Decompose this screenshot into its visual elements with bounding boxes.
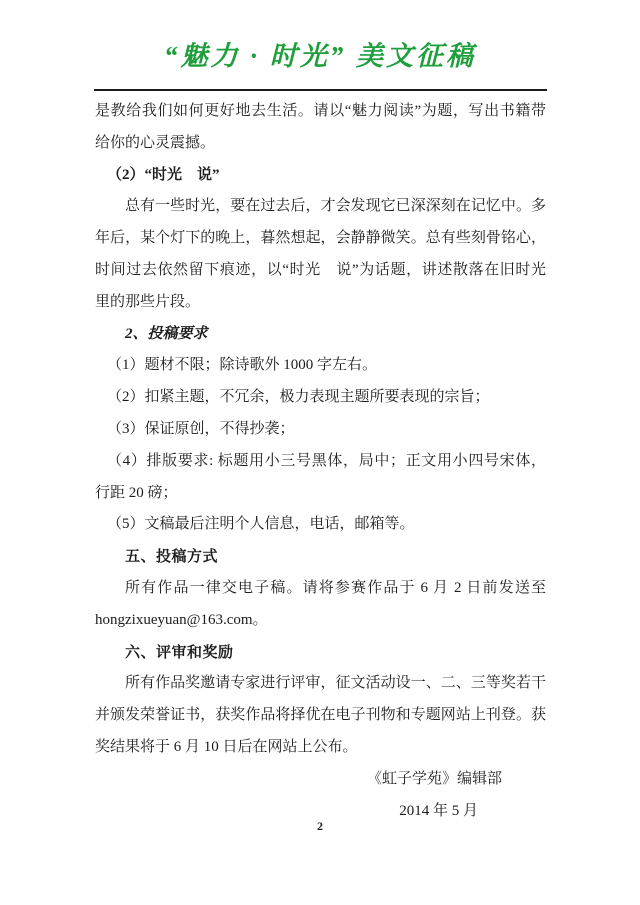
list-item-4-continued: 行距 20 磅； xyxy=(95,478,546,510)
body-line: 奖结果将于 6 月 10 日后在网站上公布。 xyxy=(95,732,546,764)
header-divider xyxy=(94,89,547,91)
heading-submission-requirements: 2、投稿要求 xyxy=(95,319,546,351)
signature-editor-department: 《虹子学苑》编辑部 xyxy=(95,764,546,796)
document-title: “魅力 · 时光” 美文征稿 xyxy=(0,34,640,73)
body-line: 年后，某个灯下的晚上，暮然想起，会静静微笑。总有些刻骨铭心， xyxy=(95,223,546,255)
list-item-2: （2）扣紧主题，不冗余，极力表现主题所要表现的宗旨； xyxy=(95,382,546,414)
document-body: 是教给我们如何更好地去生活。请以“魅力阅读”为题，写出书籍带 给你的心灵震撼。 … xyxy=(95,96,546,827)
subheading-shiguang-shuo: （2）“时光 说” xyxy=(95,160,546,192)
document-page: “魅力 · 时光” 美文征稿 是教给我们如何更好地去生活。请以“魅力阅读”为题，… xyxy=(0,0,640,905)
body-line: 时间过去依然留下痕迹，以“时光 说”为话题，讲述散落在旧时光 xyxy=(95,255,546,287)
list-item-4: （4）排版要求: 标题用小三号黑体，局中；正文用小四号宋体， xyxy=(95,446,546,478)
body-line: 所有作品一律交电子稿。请将参赛作品于 6 月 2 日前发送至 xyxy=(95,573,546,605)
list-item-5: （5）文稿最后注明个人信息，电话，邮箱等。 xyxy=(95,509,546,541)
body-line: 总有一些时光，要在过去后，才会发现它已深深刻在记忆中。多 xyxy=(95,191,546,223)
body-line: 所有作品奖邀请专家进行评审，征文活动设一、二、三等奖若干 xyxy=(95,668,546,700)
body-line: 给你的心灵震撼。 xyxy=(95,128,546,160)
list-item-3: （3）保证原创，不得抄袭； xyxy=(95,414,546,446)
heading-review-and-awards: 六、评审和奖励 xyxy=(95,637,546,669)
page-number: 2 xyxy=(0,819,640,834)
heading-submission-method: 五、投稿方式 xyxy=(95,541,546,573)
body-line: 是教给我们如何更好地去生活。请以“魅力阅读”为题，写出书籍带 xyxy=(95,96,546,128)
body-line: 里的那些片段。 xyxy=(95,287,546,319)
list-item-1: （1）题材不限；除诗歌外 1000 字左右。 xyxy=(95,350,546,382)
body-line: 并颁发荣誉证书，获奖作品将择优在电子刊物和专题网站上刊登。获 xyxy=(95,700,546,732)
email-address-text: hongzixueyuan@163.com。 xyxy=(95,605,546,637)
